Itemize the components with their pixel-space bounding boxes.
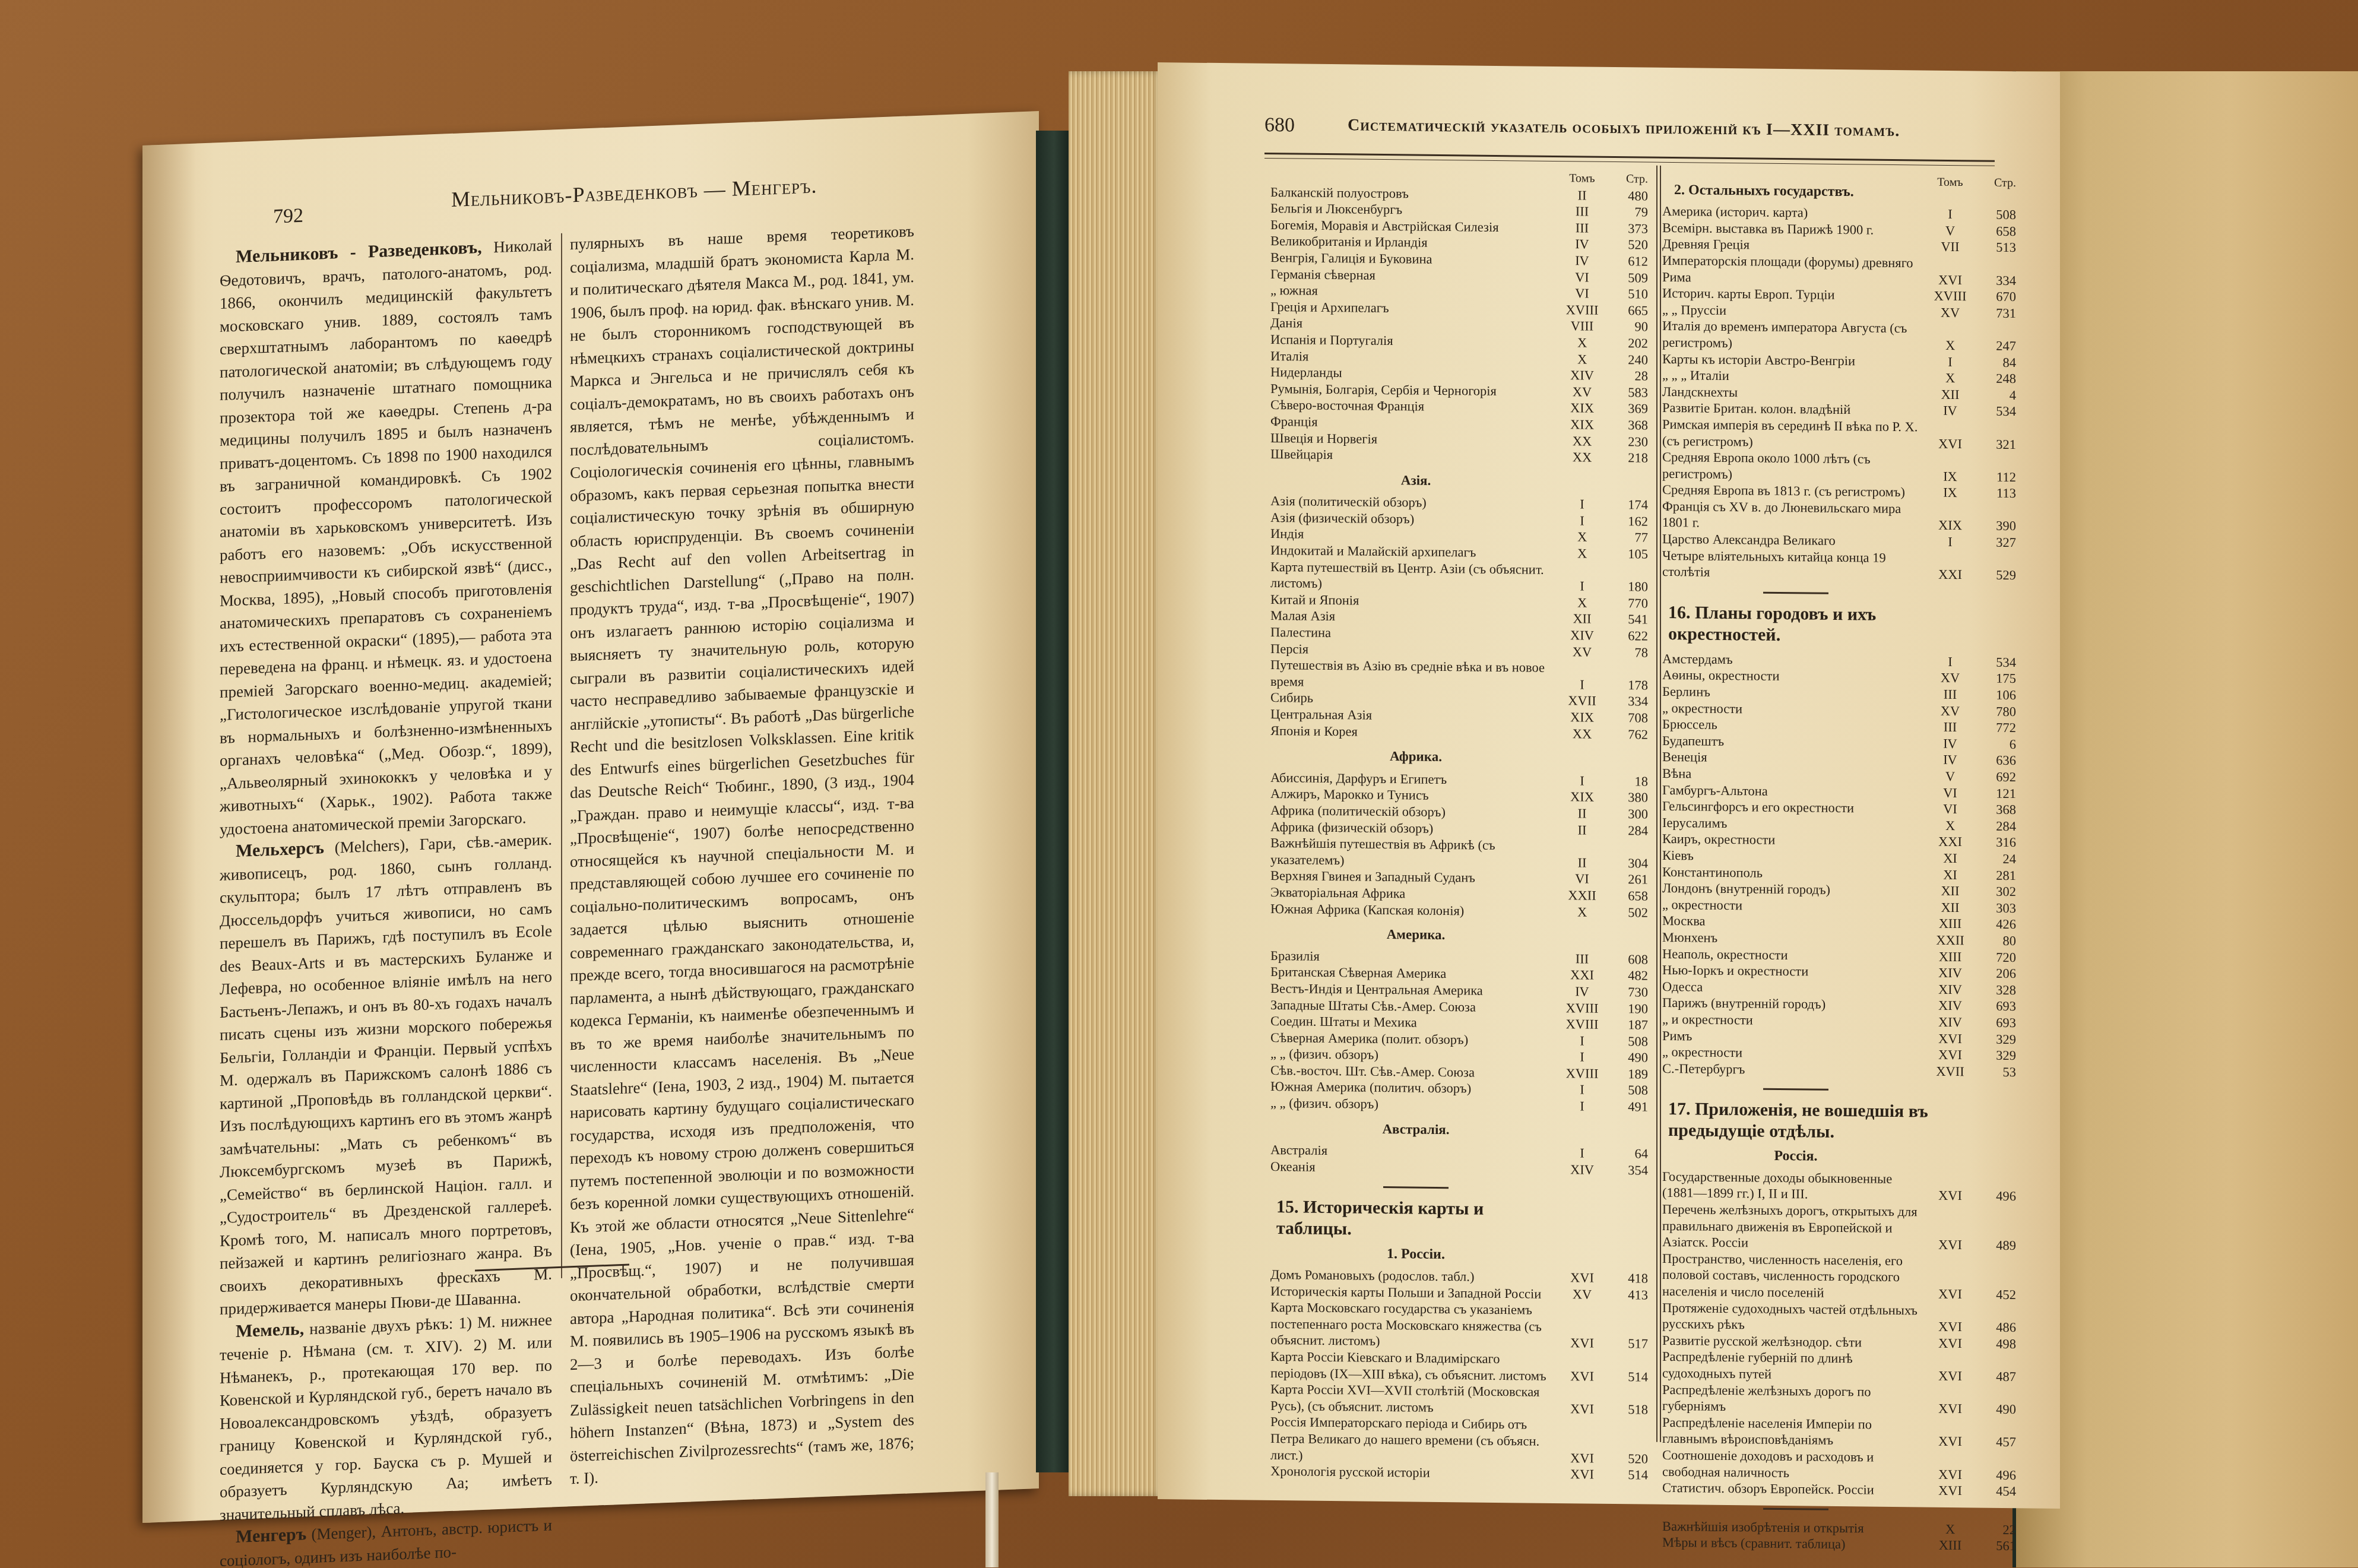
page-number: 303 [1973, 899, 2018, 916]
volume-number: VI [1927, 801, 1973, 818]
australia-list: АвстраліяI64ОкеаніяXIV354 [1270, 1142, 1650, 1179]
page-number: 18 [1605, 773, 1650, 790]
volume-number: IV [1927, 752, 1973, 768]
volume-number: IV [1927, 403, 1973, 419]
page-number: 583 [1605, 384, 1650, 401]
next-page-edge [2012, 71, 2358, 1567]
volume-number: XXII [1927, 932, 1973, 949]
left-page-header: 792 Мельниковъ-Разведенковъ — Менгеръ. [273, 169, 926, 229]
volume-number: XII [1559, 611, 1605, 628]
page-number: 730 [1605, 984, 1650, 1000]
page-number: 106 [1973, 686, 2018, 703]
page-number: 261 [1605, 871, 1650, 888]
bookmark-ribbon[interactable] [985, 1472, 999, 1567]
volume-number: II [1559, 805, 1605, 822]
page-number: 482 [1605, 967, 1650, 984]
entry-title: Пространство, численность населенія, его… [1662, 1250, 1927, 1302]
volume-number: X [1559, 334, 1605, 351]
page-number: 480 [1605, 187, 1650, 204]
volume-number: I [1927, 534, 1973, 550]
page-block-edge [1069, 71, 1164, 1496]
page-number: 53 [1973, 1063, 2018, 1080]
page-number: 496 [1973, 1466, 2018, 1483]
entry-title: Южная Африка (Капская колонія) [1270, 901, 1559, 920]
page-number: 105 [1605, 546, 1650, 562]
page-number: 304 [1605, 855, 1650, 872]
entry-title: Италія до временъ императора Августа (съ… [1662, 318, 1927, 353]
volume-number: X [1559, 594, 1605, 611]
page-number: 770 [1605, 595, 1650, 612]
entry-title: Путешествія въ Азію въ средніе вѣка и въ… [1270, 657, 1559, 692]
page-number: 510 [1605, 286, 1650, 302]
volume-number: XVI [1927, 1187, 1973, 1204]
page-number: 380 [1605, 789, 1650, 806]
page-number: 112 [1973, 468, 2018, 485]
page-header: Стр. [1973, 175, 2018, 191]
volume-number: I [1559, 1032, 1605, 1049]
volume-number: XVII [1927, 1063, 1973, 1079]
volume-number: XVIII [1559, 1000, 1605, 1016]
page-number: 680 [1264, 114, 1295, 137]
volume-number: V [1927, 768, 1973, 785]
america-list: БразиліяIII608Британская Сѣверная Америк… [1270, 948, 1650, 1116]
volume-number: IV [1559, 236, 1605, 252]
volume-number: I [1559, 496, 1605, 512]
index-row: Распредѣленіе губерній по длинѣ судоходн… [1662, 1348, 2018, 1385]
page-number: 328 [1973, 981, 2018, 998]
page-number: 692 [1973, 768, 2018, 785]
page-number: 490 [1605, 1049, 1650, 1066]
article-entry: Мельниковъ - Разведенковъ, Николай Ѳедот… [220, 233, 552, 841]
volume-number: X [1559, 545, 1605, 562]
index-row: Россія Императорскаго періода и Сибирь о… [1270, 1414, 1650, 1466]
entry-title: Распредѣленіе населенія Имперіи по главн… [1662, 1414, 1927, 1450]
article-entry: Мемель, названіе двухъ рѣкъ: 1) М. нижне… [220, 1308, 552, 1526]
page-number: 508 [1605, 1082, 1650, 1098]
index-row: Распредѣленіе населенія Имперіи по главн… [1662, 1414, 2018, 1450]
volume-number: XIX [1559, 400, 1605, 416]
section-rule [1763, 1507, 1828, 1510]
page-number: 665 [1605, 302, 1650, 319]
volume-number: XVI [1559, 1368, 1605, 1385]
page-number: 720 [1973, 949, 2018, 965]
entry-headword: Мельхерсъ [236, 838, 324, 861]
page-number: 28 [1605, 368, 1650, 384]
volume-number: XII [1927, 899, 1973, 916]
page-number: 390 [1973, 518, 2018, 534]
section-title-australia: Австралія. [1270, 1120, 1650, 1140]
volume-number: XV [1559, 384, 1605, 400]
africa-list: Абиссинія, Дарфуръ и ЕгипетъI18Алжиръ, М… [1270, 769, 1650, 921]
page-number: 413 [1605, 1287, 1650, 1303]
volume-number: XXI [1559, 967, 1605, 983]
page-number: 509 [1605, 269, 1650, 286]
page-number: 490 [1973, 1401, 2018, 1418]
index-row: Карта Россіи Кіевскаго и Владимірскаго п… [1270, 1348, 1650, 1385]
volume-number: XVI [1927, 1030, 1973, 1047]
page-number: 792 [273, 205, 303, 229]
volume-number: XV [1559, 1286, 1605, 1303]
page-number: 230 [1605, 433, 1650, 449]
page-number: 541 [1605, 611, 1650, 628]
entry-title: С.-Петербургъ [1662, 1060, 1927, 1079]
entry-title: Государственные доходы обыкновенные (188… [1662, 1168, 1927, 1204]
page-number: 84 [1973, 354, 2018, 370]
page-number: 4 [1973, 387, 2018, 403]
page-number: 514 [1605, 1466, 1650, 1483]
index-row: Франція съ XV в. до Люневильскаго мира 1… [1662, 498, 2018, 534]
entry-title: „ „ (физич. обзоръ) [1270, 1095, 1559, 1114]
page-number: 80 [1973, 932, 2018, 949]
index-row: Протяженіе судоходныхъ частей отдѣльныхъ… [1662, 1300, 2018, 1336]
page-number: 327 [1973, 534, 2018, 550]
volume-number: XVI [1927, 1286, 1973, 1303]
page-number: 334 [1973, 272, 2018, 289]
page-number: 514 [1605, 1368, 1650, 1385]
left-page: 792 Мельниковъ-Разведенковъ — Менгеръ. М… [142, 111, 1039, 1523]
volume-number: IV [1559, 983, 1605, 1000]
volume-number: VI [1559, 269, 1605, 286]
entry-headword: Менгеръ [236, 1524, 306, 1547]
page-number: 6 [1973, 736, 2018, 752]
index-row: Распредѣленіе желѣзныхъ дорогъ по губерн… [1662, 1381, 2018, 1417]
page-number: 534 [1973, 654, 2018, 670]
index-row: Соотношеніе доходовъ и расходовъ и свобо… [1662, 1447, 2018, 1483]
volume-number: XVI [1927, 1433, 1973, 1450]
entry-title: Императорскія площади (форумы) древняго … [1662, 252, 1927, 288]
page-number: 373 [1605, 220, 1650, 237]
page-number: 302 [1973, 883, 2018, 900]
page-number: 22 [1973, 1521, 2018, 1538]
running-head: Мельниковъ-Разведенковъ — Менгеръ. [451, 173, 817, 212]
page-header: Стр. [1605, 171, 1650, 188]
entry-title: Важнѣйшія путешествія въ Африкѣ (съ указ… [1270, 835, 1559, 870]
volume-number: X [1927, 1521, 1973, 1537]
page-number: 608 [1605, 951, 1650, 968]
section-title-america: Америка. [1270, 925, 1650, 945]
volume-number: I [1559, 676, 1605, 693]
entry-title: Распредѣленіе губерній по длинѣ судоходн… [1662, 1348, 1927, 1384]
index-row: Путешествія въ Азію въ средніе вѣка и въ… [1270, 657, 1650, 693]
page-number: 24 [1973, 850, 2018, 867]
volume-number: X [1927, 337, 1973, 354]
volume-number: I [1559, 1145, 1605, 1161]
volume-number: XX [1559, 449, 1605, 465]
page-number: 529 [1973, 567, 2018, 584]
volume-number: I [1559, 578, 1605, 594]
page-number: 513 [1973, 239, 2018, 256]
volume-number: XVI [1927, 1466, 1973, 1483]
index-row: Четыре вліятельныхъ китайца конца 19 сто… [1662, 547, 2018, 584]
page-number: 496 [1973, 1188, 2018, 1205]
page-number: 517 [1605, 1335, 1650, 1352]
page-number: 561 [1973, 1538, 2018, 1554]
subsection-title-russia: Россія. [1662, 1147, 2018, 1167]
volume-number: XVIII [1559, 1065, 1605, 1082]
volume-number: XI [1927, 866, 1973, 883]
page-number: 187 [1605, 1016, 1650, 1033]
index-row: „ „ (физич. обзоръ)I491 [1270, 1095, 1650, 1115]
section-rule [1763, 592, 1828, 594]
volume-number: XIV [1927, 997, 1973, 1014]
page-number: 113 [1973, 485, 2018, 502]
volume-number: X [1927, 370, 1973, 387]
index-row: Карта путешествій въ Центр. Азіи (съ объ… [1270, 559, 1650, 595]
entry-title: Японія и Корея [1270, 723, 1559, 742]
index-row: Императорскія площади (форумы) древняго … [1662, 252, 2018, 289]
section-rule [1383, 1186, 1449, 1189]
article-column-2: пулярныхъ въ наше время теоретиковъ соці… [570, 220, 914, 1490]
index-row: Карта Россіи XVI—XVII столѣтій (Московск… [1270, 1381, 1650, 1418]
entry-title: Средняя Европа около 1000 лѣтъ (съ регис… [1662, 449, 1927, 484]
volume-number: III [1927, 686, 1973, 703]
misc-list: Важнѣйшія изобрѣтенія и открытіяX22Мѣры … [1662, 1518, 2018, 1554]
page-number: 636 [1973, 752, 2018, 769]
index-row: Южная Африка (Капская колонія)X502 [1270, 901, 1650, 921]
page-number: 334 [1605, 693, 1650, 709]
right-page-header: 680 Систематическій указатель особыхъ пр… [1264, 114, 2007, 122]
page-number: 498 [1973, 1335, 2018, 1352]
section-title-17: 17. Приложенія, не вошедшія въ предыдущі… [1668, 1098, 1929, 1144]
volume-number: XVI [1559, 1269, 1605, 1286]
entry-title: Франція съ XV в. до Люневильскаго мира 1… [1662, 498, 1927, 534]
entry-title: Хронологія русской исторіи [1270, 1463, 1559, 1483]
misc-russia-list: Государственные доходы обыкновенные (188… [1662, 1168, 2018, 1500]
page-number: 426 [1973, 916, 2018, 933]
volume-number: I [1559, 512, 1605, 529]
page-number: 281 [1973, 867, 2018, 883]
volume-number: XIV [1927, 965, 1973, 981]
volume-number: XVI [1559, 1401, 1605, 1417]
page-number: 489 [1973, 1237, 2018, 1254]
entry-title: Перечень желѣзныхъ дорогъ, открытыхъ для… [1662, 1201, 1927, 1253]
volume-number: I [1927, 653, 1973, 670]
volume-number: III [1559, 220, 1605, 236]
page-number: 457 [1973, 1434, 2018, 1450]
page-number: 240 [1605, 351, 1650, 368]
volume-number: XVI [1927, 1237, 1973, 1253]
volume-number: XIV [1927, 981, 1973, 997]
page-number: 248 [1973, 370, 2018, 387]
page-number: 502 [1605, 904, 1650, 920]
index-row: Пространство, численность населенія, его… [1662, 1250, 2018, 1303]
page-number: 368 [1973, 802, 2018, 818]
page-number: 369 [1605, 400, 1650, 417]
page-number: 174 [1605, 496, 1650, 513]
asia-list: Азія (политическій обзоръ)I174Азія (физи… [1270, 493, 1650, 743]
city-plans-list: АмстердамъI534Аѳины, окрестностиXV175Бер… [1662, 651, 2018, 1081]
volume-number: III [1559, 203, 1605, 220]
entry-title: Соотношеніе доходовъ и расходовъ и свобо… [1662, 1447, 1927, 1483]
entry-title: Карта Московскаго государства съ указані… [1270, 1299, 1559, 1351]
page-number: 454 [1973, 1483, 2018, 1500]
page-number: 316 [1973, 834, 2018, 851]
volume-number: XIII [1927, 916, 1973, 932]
entry-title: Распредѣленіе желѣзныхъ дорогъ по губерн… [1662, 1381, 1927, 1417]
page-number: 658 [1605, 888, 1650, 904]
column-divider [561, 233, 562, 1278]
page-number: 180 [1605, 578, 1650, 595]
volume-number: X [1927, 817, 1973, 834]
volume-number: XIX [1559, 709, 1605, 726]
index-row: Италія до временъ императора Августа (съ… [1662, 318, 2018, 354]
page-number: 693 [1973, 998, 2018, 1015]
volume-number: XIII [1927, 1537, 1973, 1554]
volume-number: XXI [1927, 834, 1973, 850]
table-divider [1660, 166, 1661, 1442]
index-table-right: Томъ Стр. 2. Остальныхъ государствъ. Аме… [1662, 172, 2018, 1554]
volume-number: XX [1559, 726, 1605, 742]
page-number: 190 [1605, 1000, 1650, 1016]
page-number: 79 [1605, 204, 1650, 220]
volume-number: XIV [1927, 1013, 1973, 1030]
volume-number: I [1927, 206, 1973, 223]
entry-title: Карта путешествій въ Центр. Азіи (съ объ… [1270, 559, 1559, 594]
entry-title: Карта Россіи Кіевскаго и Владимірскаго п… [1270, 1348, 1559, 1384]
page-number: 520 [1605, 1450, 1650, 1466]
volume-number: XXII [1559, 887, 1605, 904]
entry-title: Римская имперія въ серединѣ II вѣка по Р… [1662, 416, 1927, 452]
entry-title: Океанія [1270, 1158, 1559, 1178]
page-number: 218 [1605, 449, 1650, 466]
page-number: 772 [1973, 720, 2018, 736]
page-number: 520 [1605, 236, 1650, 253]
volume-number: XVI [1927, 1401, 1973, 1417]
page-number: 162 [1605, 513, 1650, 530]
page-number: 731 [1973, 305, 2018, 321]
volume-number: XVI [1559, 1335, 1605, 1351]
page-number: 487 [1973, 1368, 2018, 1385]
volume-number: XIX [1559, 416, 1605, 433]
volume-number: X [1559, 351, 1605, 368]
index-row: Средняя Европа около 1000 лѣтъ (съ регис… [1662, 449, 2018, 485]
page-number: 121 [1973, 785, 2018, 802]
page-number: 189 [1605, 1066, 1650, 1082]
page-number: 670 [1973, 289, 2018, 305]
section-title-asia: Азія. [1270, 471, 1650, 491]
page-number: 64 [1605, 1145, 1650, 1162]
index-row: Статистич. обзоръ Европейск. РоссіиXVI45… [1662, 1480, 2018, 1500]
volume-number: II [1559, 822, 1605, 838]
page-number: 300 [1605, 806, 1650, 822]
page-number: 178 [1605, 677, 1650, 693]
page-number: 658 [1973, 223, 2018, 239]
volume-number: XVI [1559, 1466, 1605, 1483]
index-row: С.-ПетербургъXVII53 [1662, 1060, 2018, 1081]
page-shadow [142, 144, 196, 1523]
page-number: 175 [1973, 670, 2018, 687]
volume-number: XV [1927, 702, 1973, 719]
section-rule [1763, 1088, 1828, 1091]
header-rule [1264, 153, 1995, 166]
entry-title: Четыре вліятельныхъ китайца конца 19 сто… [1662, 547, 1927, 583]
page-number: 284 [1605, 822, 1650, 838]
volume-number: XX [1559, 433, 1605, 449]
volume-number: VI [1559, 870, 1605, 887]
volume-number: XIV [1559, 1161, 1605, 1178]
volume-number: II [1559, 854, 1605, 871]
volume-number: III [1927, 719, 1973, 736]
article-column-1: Мельниковъ - Разведенковъ, Николай Ѳедот… [220, 233, 552, 1568]
volume-number: XV [1927, 670, 1973, 686]
subsection-title-russia: 1. Россіи. [1270, 1245, 1650, 1265]
section-title-africa: Африка. [1270, 747, 1650, 767]
volume-number: XVIII [1559, 1016, 1605, 1032]
volume-number: VII [1927, 239, 1973, 255]
entry-title: Карта Россіи XVI—XVII столѣтій (Московск… [1270, 1381, 1559, 1417]
page-number: 284 [1973, 818, 2018, 834]
volume-number: XVI [1927, 1368, 1973, 1385]
volume-number: IV [1559, 252, 1605, 269]
page-number: 491 [1605, 1098, 1650, 1115]
volume-number: III [1559, 951, 1605, 967]
index-row: Важнѣйшія путешествія въ Африкѣ (съ указ… [1270, 835, 1650, 872]
volume-number: I [1559, 1082, 1605, 1098]
volume-number: XVI [1927, 435, 1973, 452]
volume-number: XV [1559, 644, 1605, 660]
volume-number: XVIII [1559, 302, 1605, 318]
right-page: 680 Систематическій указатель особыхъ пр… [1158, 62, 2060, 1509]
page-number: 321 [1973, 436, 2018, 452]
page-number: 206 [1973, 965, 2018, 982]
volume-number: I [1559, 1098, 1605, 1114]
page-number: 202 [1605, 335, 1650, 351]
volume-number: I [1559, 772, 1605, 789]
entry-title: Мѣры и вѣсъ (сравнит. таблица) [1662, 1534, 1927, 1553]
page-number: 368 [1605, 417, 1650, 433]
volume-number: II [1559, 187, 1605, 204]
page-number: 247 [1973, 337, 2018, 354]
volume-number: I [1559, 1048, 1605, 1065]
volume-number: XII [1927, 883, 1973, 899]
index-row: Японія и КореяXX762 [1270, 723, 1650, 743]
page-number: 508 [1605, 1033, 1650, 1050]
page-number: 708 [1605, 709, 1650, 726]
volume-number: VI [1559, 285, 1605, 302]
volume-number: IX [1927, 484, 1973, 501]
europe-list: Балканскій полуостровъII480Бельгія и Люк… [1270, 184, 1650, 467]
page-number: 78 [1605, 644, 1650, 661]
page-number: 762 [1605, 726, 1650, 742]
volume-number: XIII [1927, 948, 1973, 965]
volume-number: XVIII [1927, 288, 1973, 305]
page-number: 329 [1973, 1047, 2018, 1063]
article-continuation: пулярныхъ въ наше время теоретиковъ соці… [570, 220, 914, 1490]
page-number: 77 [1605, 529, 1650, 546]
index-row: Карта Московскаго государства съ указані… [1270, 1299, 1650, 1352]
volume-number: X [1559, 529, 1605, 546]
page-number: 518 [1605, 1401, 1650, 1418]
volume-number: XIX [1927, 517, 1973, 534]
volume-number: XI [1927, 850, 1973, 867]
page-number: 452 [1973, 1286, 2018, 1303]
volume-header: Томъ [1927, 175, 1973, 191]
page-number: 780 [1973, 703, 2018, 720]
section-title-16: 16. Планы городовъ и ихъ окрестностей. [1668, 602, 1929, 648]
page-number: 534 [1973, 403, 2018, 420]
page-number: 486 [1973, 1319, 2018, 1336]
historical-maps-russia-list: Домъ Романовыхъ (родослов. табл.)XVI418И… [1270, 1266, 1650, 1483]
entry-title: Протяженіе судоходныхъ частей отдѣльныхъ… [1662, 1300, 1927, 1335]
volume-number: IV [1927, 735, 1973, 752]
volume-number: I [1927, 353, 1973, 370]
index-row: Римская имперія въ серединѣ II вѣка по Р… [1662, 416, 2018, 452]
index-table-left: Томъ Стр. Балканскій полуостровъII480Бел… [1270, 167, 1650, 1483]
index-row: Государственные доходы обыкновенные (188… [1662, 1168, 2018, 1205]
volume-number: XVI [1927, 271, 1973, 288]
page-number: 508 [1973, 207, 2018, 223]
volume-number: XVI [1927, 1483, 1973, 1499]
